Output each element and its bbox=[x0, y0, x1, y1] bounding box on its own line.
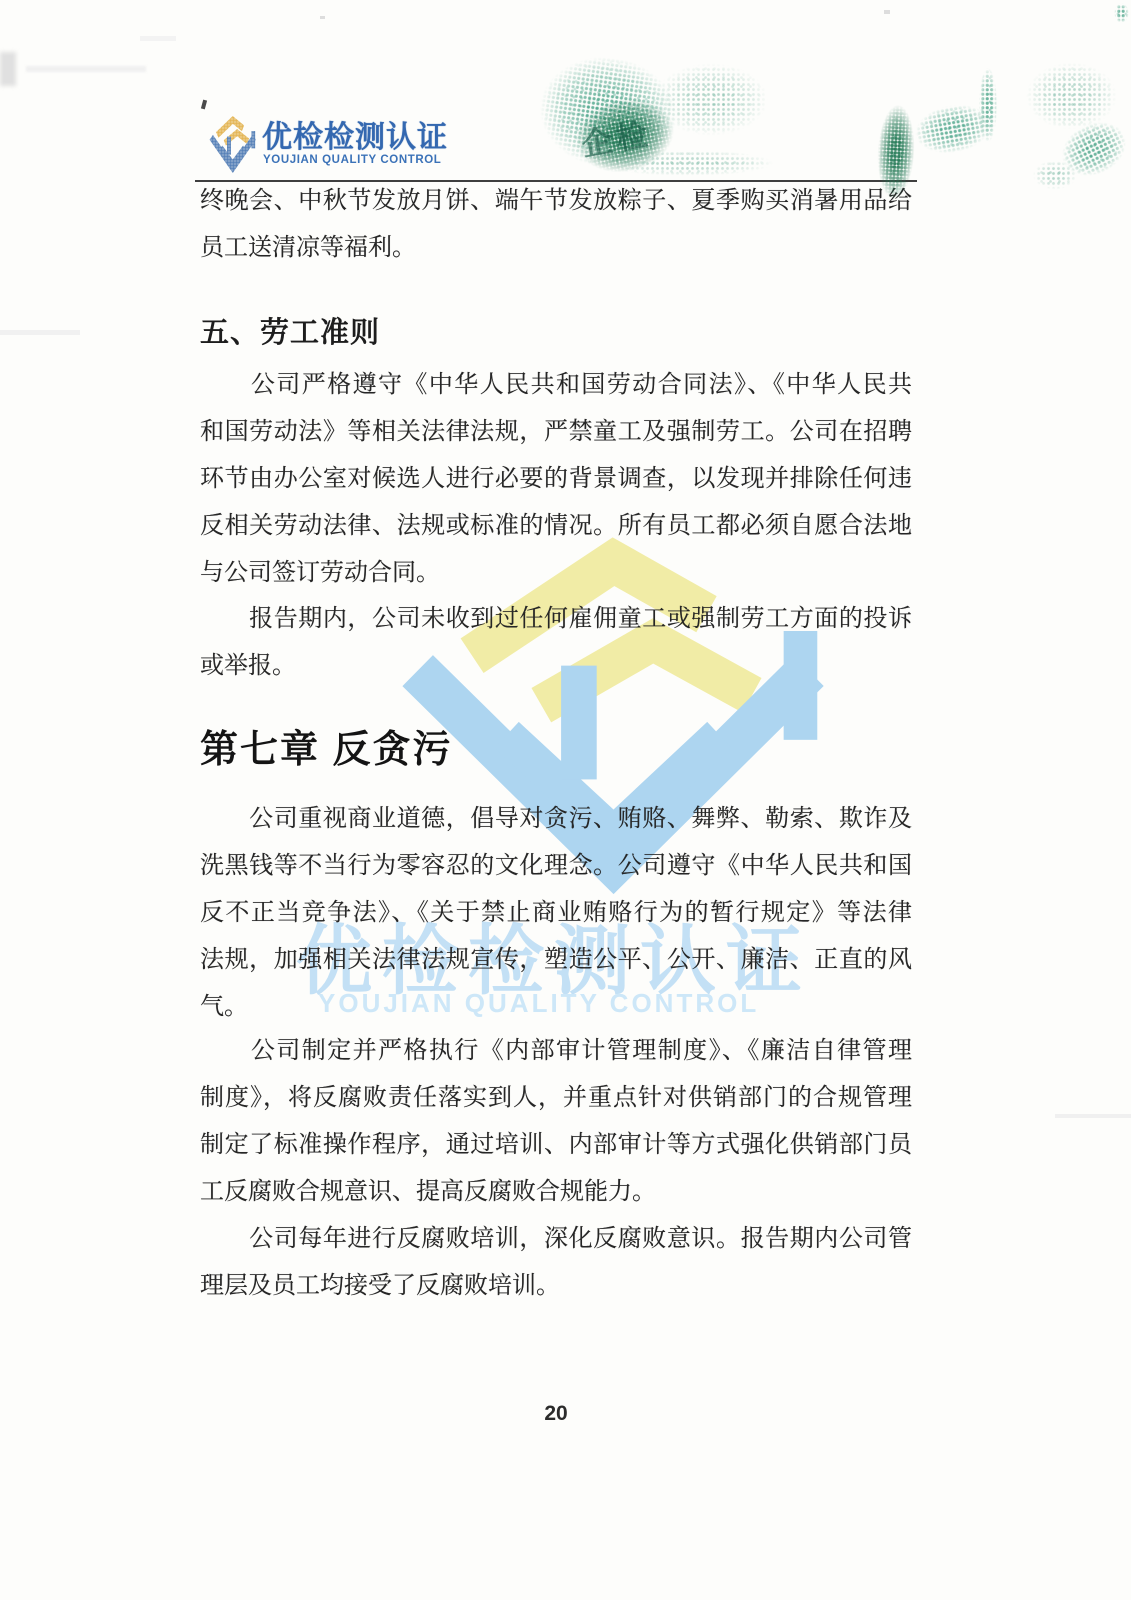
text-line: 工反腐败合规意识、提高反腐败合规能力。 bbox=[200, 1169, 912, 1216]
paragraph: 终晚会、中秋节发放月饼、端午节发放粽子、夏季购买消暑用品给员工送清凉等福利。 bbox=[200, 178, 912, 272]
text-line: 员工送清凉等福利。 bbox=[200, 225, 912, 272]
text-line: 制定了标准操作程序，通过培训、内部审计等方式强化供销部门员 bbox=[200, 1122, 912, 1169]
scan-smudge bbox=[898, 90, 1007, 168]
scan-smudge bbox=[636, 52, 786, 147]
scan-smudge bbox=[976, 56, 1000, 154]
text-line: 环节由办公室对候选人进行必要的背景调查，以发现并排除任何违 bbox=[200, 456, 912, 503]
text-line: 报告期内，公司未收到过任何雇佣童工或强制劳工方面的投诉 bbox=[200, 596, 912, 643]
paragraph: 公司重视商业道德，倡导对贪污、贿赂、舞弊、勒索、欺诈及洗黑钱等不当行为零容忍的文… bbox=[200, 796, 912, 1031]
text-line: 反不正当竞争法》、《关于禁止商业贿赂行为的暂行规定》等法律 bbox=[200, 890, 912, 937]
stamp-fragment-text: 企检 bbox=[578, 108, 655, 164]
paragraph: 公司每年进行反腐败培训，深化反腐败意识。报告期内公司管理层及员工均接受了反腐败培… bbox=[200, 1216, 912, 1310]
paragraph: 公司制定并严格执行《内部审计管理制度》、《廉洁自律管理制度》，将反腐败责任落实到… bbox=[200, 1028, 912, 1216]
scan-streak bbox=[0, 330, 80, 335]
scan-smudge bbox=[1040, 100, 1131, 198]
text-line: 洗黑钱等不当行为零容忍的文化理念。公司遵守《中华人民共和国 bbox=[200, 843, 912, 890]
logo-cube-icon bbox=[208, 116, 258, 176]
text-line: 与公司签订劳动合同。 bbox=[200, 550, 912, 597]
scan-streak bbox=[26, 66, 146, 72]
scan-smudge bbox=[1012, 52, 1131, 140]
scanned-document-page: { "header": { "logo_cn": "优检检测认证", "logo… bbox=[0, 0, 1131, 1600]
scan-streak bbox=[0, 52, 16, 86]
text-line: 或举报。 bbox=[200, 643, 912, 690]
scan-smudge bbox=[1026, 156, 1084, 194]
scan-streak bbox=[140, 36, 176, 41]
paragraph: 报告期内，公司未收到过任何雇佣童工或强制劳工方面的投诉或举报。 bbox=[200, 596, 912, 690]
text-line: 反相关劳动法律、法规或标准的情况。所有员工都必须自愿合法地 bbox=[200, 503, 912, 550]
scan-streak bbox=[1055, 1114, 1131, 1118]
section-heading: 五、劳工准则 bbox=[200, 310, 380, 351]
text-line: 公司严格遵守《中华人民共和国劳动合同法》、《中华人民共 bbox=[200, 362, 912, 409]
text-line: 法规，加强相关法律法规宣传，塑造公平、公开、廉洁、正直的风 bbox=[200, 937, 912, 984]
ink-speck bbox=[884, 10, 890, 14]
page-number: 20 bbox=[200, 1402, 912, 1426]
text-line: 理层及员工均接受了反腐败培训。 bbox=[200, 1263, 912, 1310]
scan-smudge bbox=[1112, 0, 1131, 26]
text-line: 终晚会、中秋节发放月饼、端午节发放粽子、夏季购买消暑用品给 bbox=[200, 178, 912, 225]
text-line: 公司每年进行反腐败培训，深化反腐败意识。报告期内公司管 bbox=[200, 1216, 912, 1263]
text-line: 气。 bbox=[200, 984, 912, 1031]
ink-speck bbox=[320, 16, 325, 19]
text-line: 制度》，将反腐败责任落实到人，并重点针对供销部门的合规管理 bbox=[200, 1075, 912, 1122]
text-line: 和国劳动法》等相关法律法规，严禁童工及强制劳工。公司在招聘 bbox=[200, 409, 912, 456]
text-line: 公司制定并严格执行《内部审计管理制度》、《廉洁自律管理 bbox=[200, 1028, 912, 1075]
scan-smudge bbox=[509, 28, 707, 197]
paragraph: 公司严格遵守《中华人民共和国劳动合同法》、《中华人民共和国劳动法》等相关法律法规… bbox=[200, 362, 912, 597]
logo-company-name-en: YOUJIAN QUALITY CONTROL bbox=[263, 154, 441, 166]
logo-company-name: 优检检测认证 bbox=[262, 112, 448, 156]
ink-speck bbox=[201, 100, 207, 110]
chapter-heading: 第七章 反贪污 bbox=[200, 718, 453, 773]
text-line: 公司重视商业道德，倡导对贪污、贿赂、舞弊、勒索、欺诈及 bbox=[200, 796, 912, 843]
